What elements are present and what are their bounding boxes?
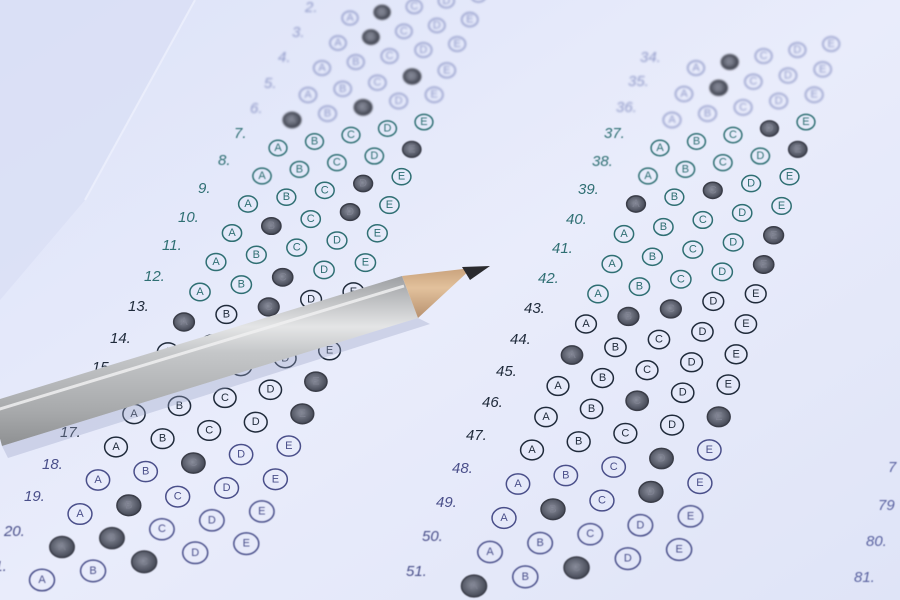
answer-sheet-photo: 2.ABCDE3.ABCDE4.ABCDE5.ABCDE6.ABCDE7.ABC… (0, 0, 900, 600)
pencil-lead (462, 266, 490, 280)
pencil (0, 0, 900, 600)
